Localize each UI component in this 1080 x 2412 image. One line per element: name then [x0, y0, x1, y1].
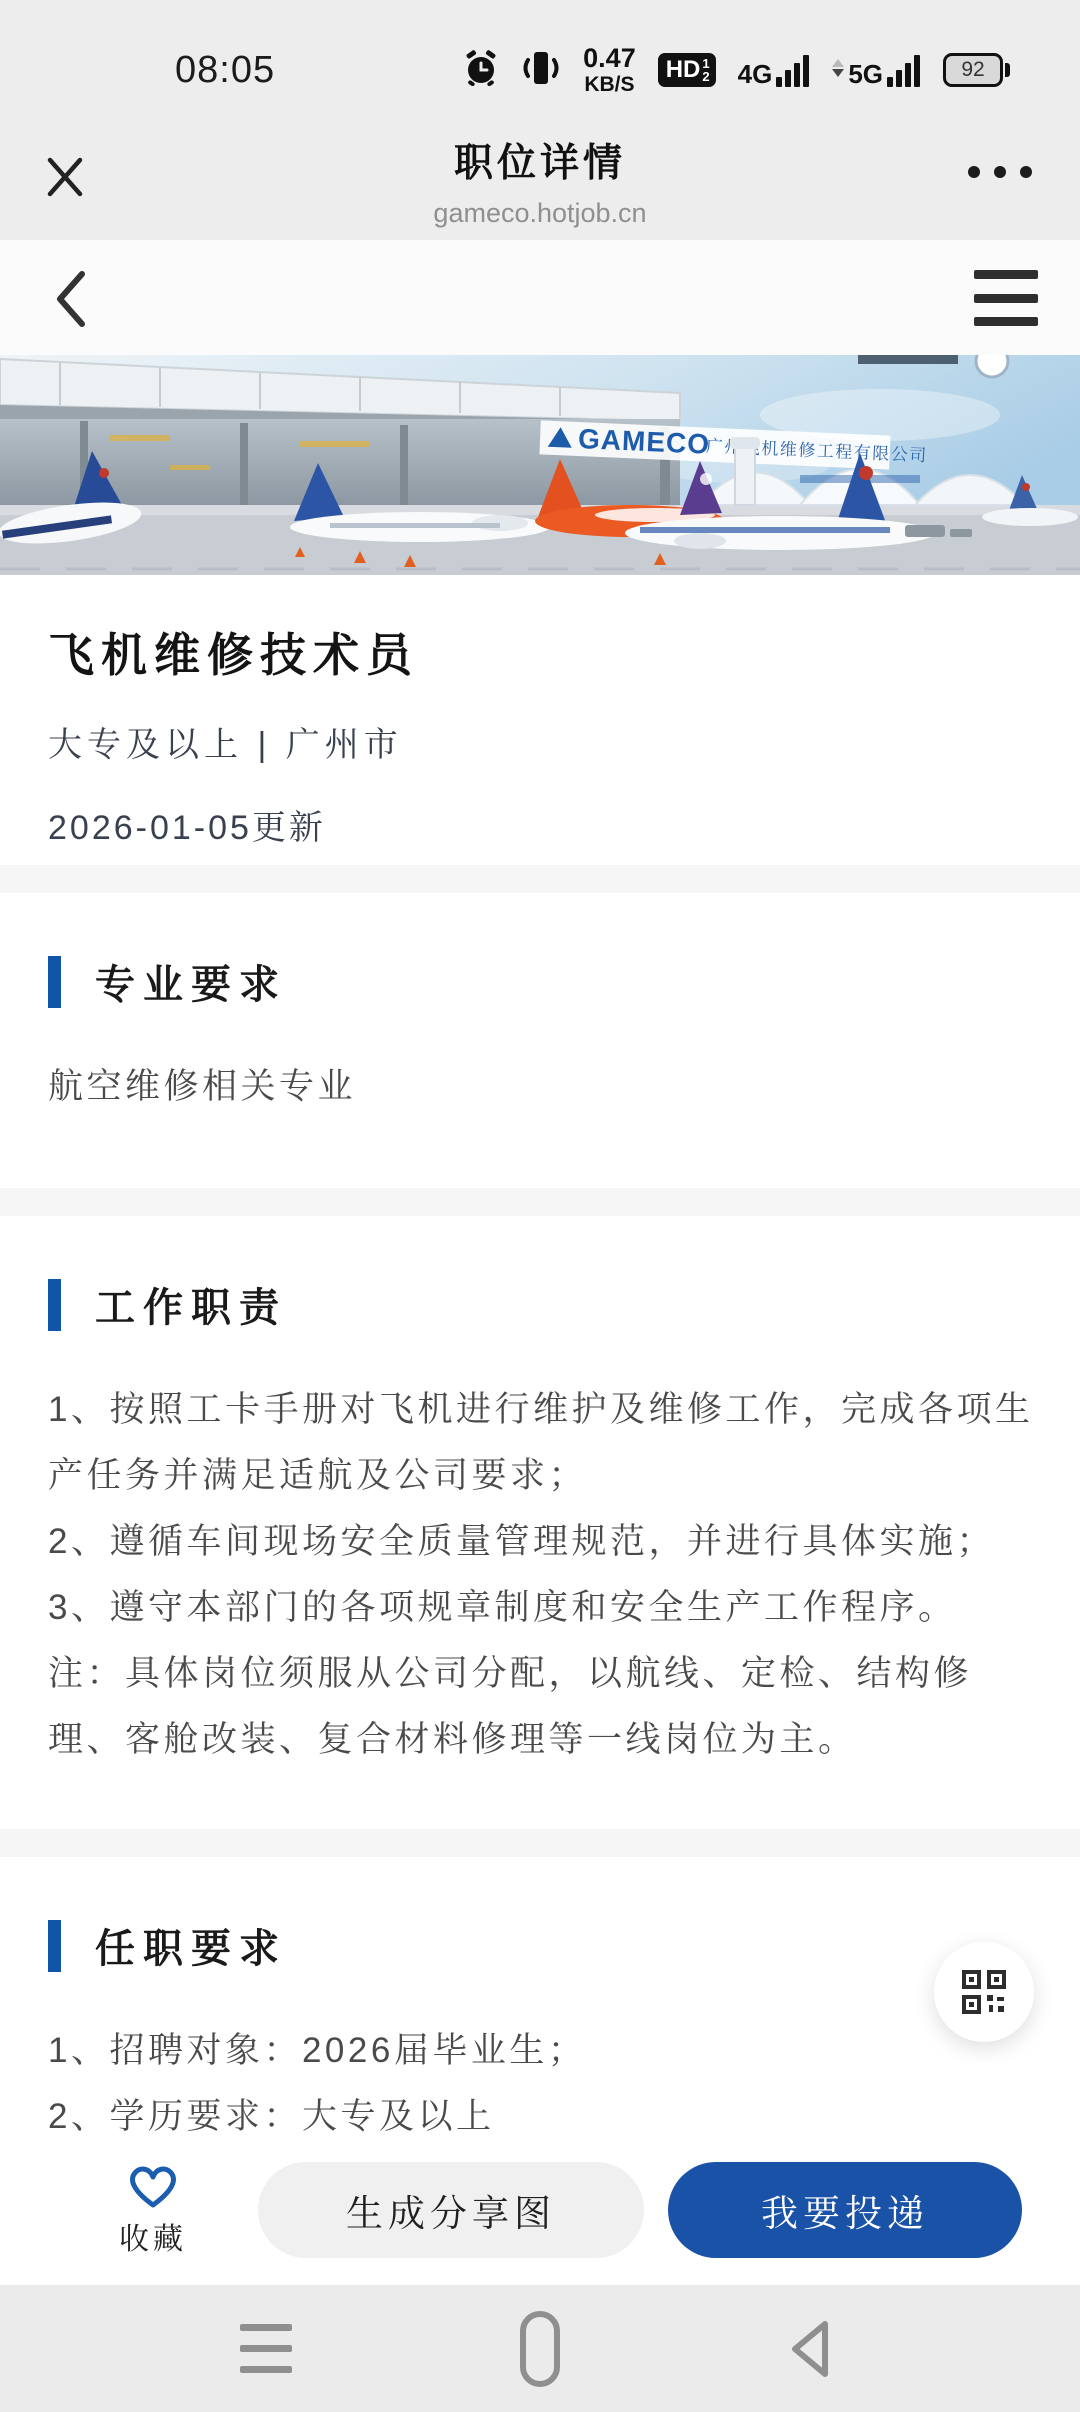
section-text-line: 3、遵守本部门的各项规章制度和安全生产工作程序。: [48, 1575, 1035, 1641]
section-major-requirements: 专业要求 航空维修相关专业: [0, 893, 1080, 1188]
section-accent-bar: [48, 1279, 61, 1331]
section-text-line: 1、按照工卡手册对飞机进行维护及维修工作，完成各项生产任务并满足适航及公司要求；: [48, 1377, 1035, 1509]
hero-logo-text: GAMECO: [577, 423, 710, 460]
alarm-icon: [463, 50, 499, 91]
section-heading: 专业要求: [95, 953, 287, 1010]
battery-icon: 92: [943, 53, 1010, 87]
job-updated-date: 2026-01-05更新: [48, 800, 1035, 849]
site-nav-row: [0, 240, 1080, 355]
section-heading: 工作职责: [95, 1276, 287, 1333]
section-divider: [0, 865, 1080, 893]
recents-button[interactable]: [206, 2285, 326, 2412]
signal-5g-icon: 5G: [832, 53, 921, 87]
data-arrows-icon: [832, 59, 844, 77]
section-text-line: 1、招聘对象：2026届毕业生；: [48, 2018, 1035, 2084]
battery-percent: 92: [961, 58, 984, 82]
back-triangle-icon: [785, 2316, 835, 2382]
back-chevron-button[interactable]: [38, 264, 108, 334]
recents-icon: [240, 2324, 292, 2373]
network-speed: 0.47 KB/S: [583, 45, 636, 95]
page-title: 职位详情: [0, 132, 1080, 188]
android-back-button[interactable]: [750, 2285, 870, 2412]
section-accent-bar: [48, 956, 61, 1008]
section-divider: [0, 1188, 1080, 1216]
home-icon: [518, 2309, 562, 2389]
favorite-button[interactable]: 收藏: [98, 2160, 208, 2258]
job-title: 飞机维修技术员: [48, 619, 1035, 685]
section-divider: [0, 1829, 1080, 1857]
volte-hd-icon: HD 12: [658, 53, 716, 87]
qr-code-button[interactable]: [934, 1942, 1034, 2042]
page-url: gameco.hotjob.cn: [0, 198, 1080, 229]
vibrate-icon: [521, 48, 561, 93]
status-bar: 08:05 0.47 KB/S HD 12 4G 5G: [0, 0, 1080, 130]
section-job-duties: 工作职责 1、按照工卡手册对飞机进行维护及维修工作，完成各项生产任务并满足适航及…: [0, 1216, 1080, 1829]
apply-button[interactable]: 我要投递: [668, 2162, 1022, 2258]
job-meta: 大专及以上 | 广州市: [48, 717, 1035, 766]
section-text-line: 航空维修相关专业: [48, 1054, 1035, 1120]
share-image-button[interactable]: 生成分享图: [258, 2162, 644, 2258]
hamburger-menu-button[interactable]: [974, 270, 1038, 326]
bottom-action-bar: 收藏 生成分享图 我要投递: [0, 2150, 1080, 2285]
home-button[interactable]: [480, 2285, 600, 2412]
section-accent-bar: [48, 1920, 61, 1972]
signal-4g-icon: 4G: [738, 53, 811, 87]
section-text-line: 注：具体岗位须服从公司分配，以航线、定检、结构修理、客舱改装、复合材料修理等一线…: [48, 1641, 1035, 1773]
section-text-line: 2、学历要求：大专及以上: [48, 2084, 1035, 2150]
phone-screen: 08:05 0.47 KB/S HD 12 4G 5G: [0, 0, 1080, 2412]
section-heading: 任职要求: [95, 1917, 287, 1974]
favorite-label: 收藏: [119, 2214, 187, 2258]
webview-header: 职位详情 gameco.hotjob.cn: [0, 130, 1080, 240]
status-time: 08:05: [175, 49, 275, 92]
section-candidate-requirements: 任职要求 1、招聘对象：2026届毕业生； 2、学历要求：大专及以上: [0, 1857, 1080, 2150]
more-menu-button[interactable]: [968, 166, 1032, 178]
qr-code-icon: [961, 1969, 1007, 2015]
heart-icon: [125, 2160, 181, 2210]
android-nav-bar: [0, 2285, 1080, 2412]
job-header: 飞机维修技术员 大专及以上 | 广州市 2026-01-05更新: [0, 575, 1080, 865]
hero-image: GAMECO 广州飞机维修工程有限公司: [0, 355, 1080, 575]
status-icons: 0.47 KB/S HD 12 4G 5G 92: [463, 45, 1010, 95]
section-text-line: 2、遵循车间现场安全质量管理规范，并进行具体实施；: [48, 1509, 1035, 1575]
